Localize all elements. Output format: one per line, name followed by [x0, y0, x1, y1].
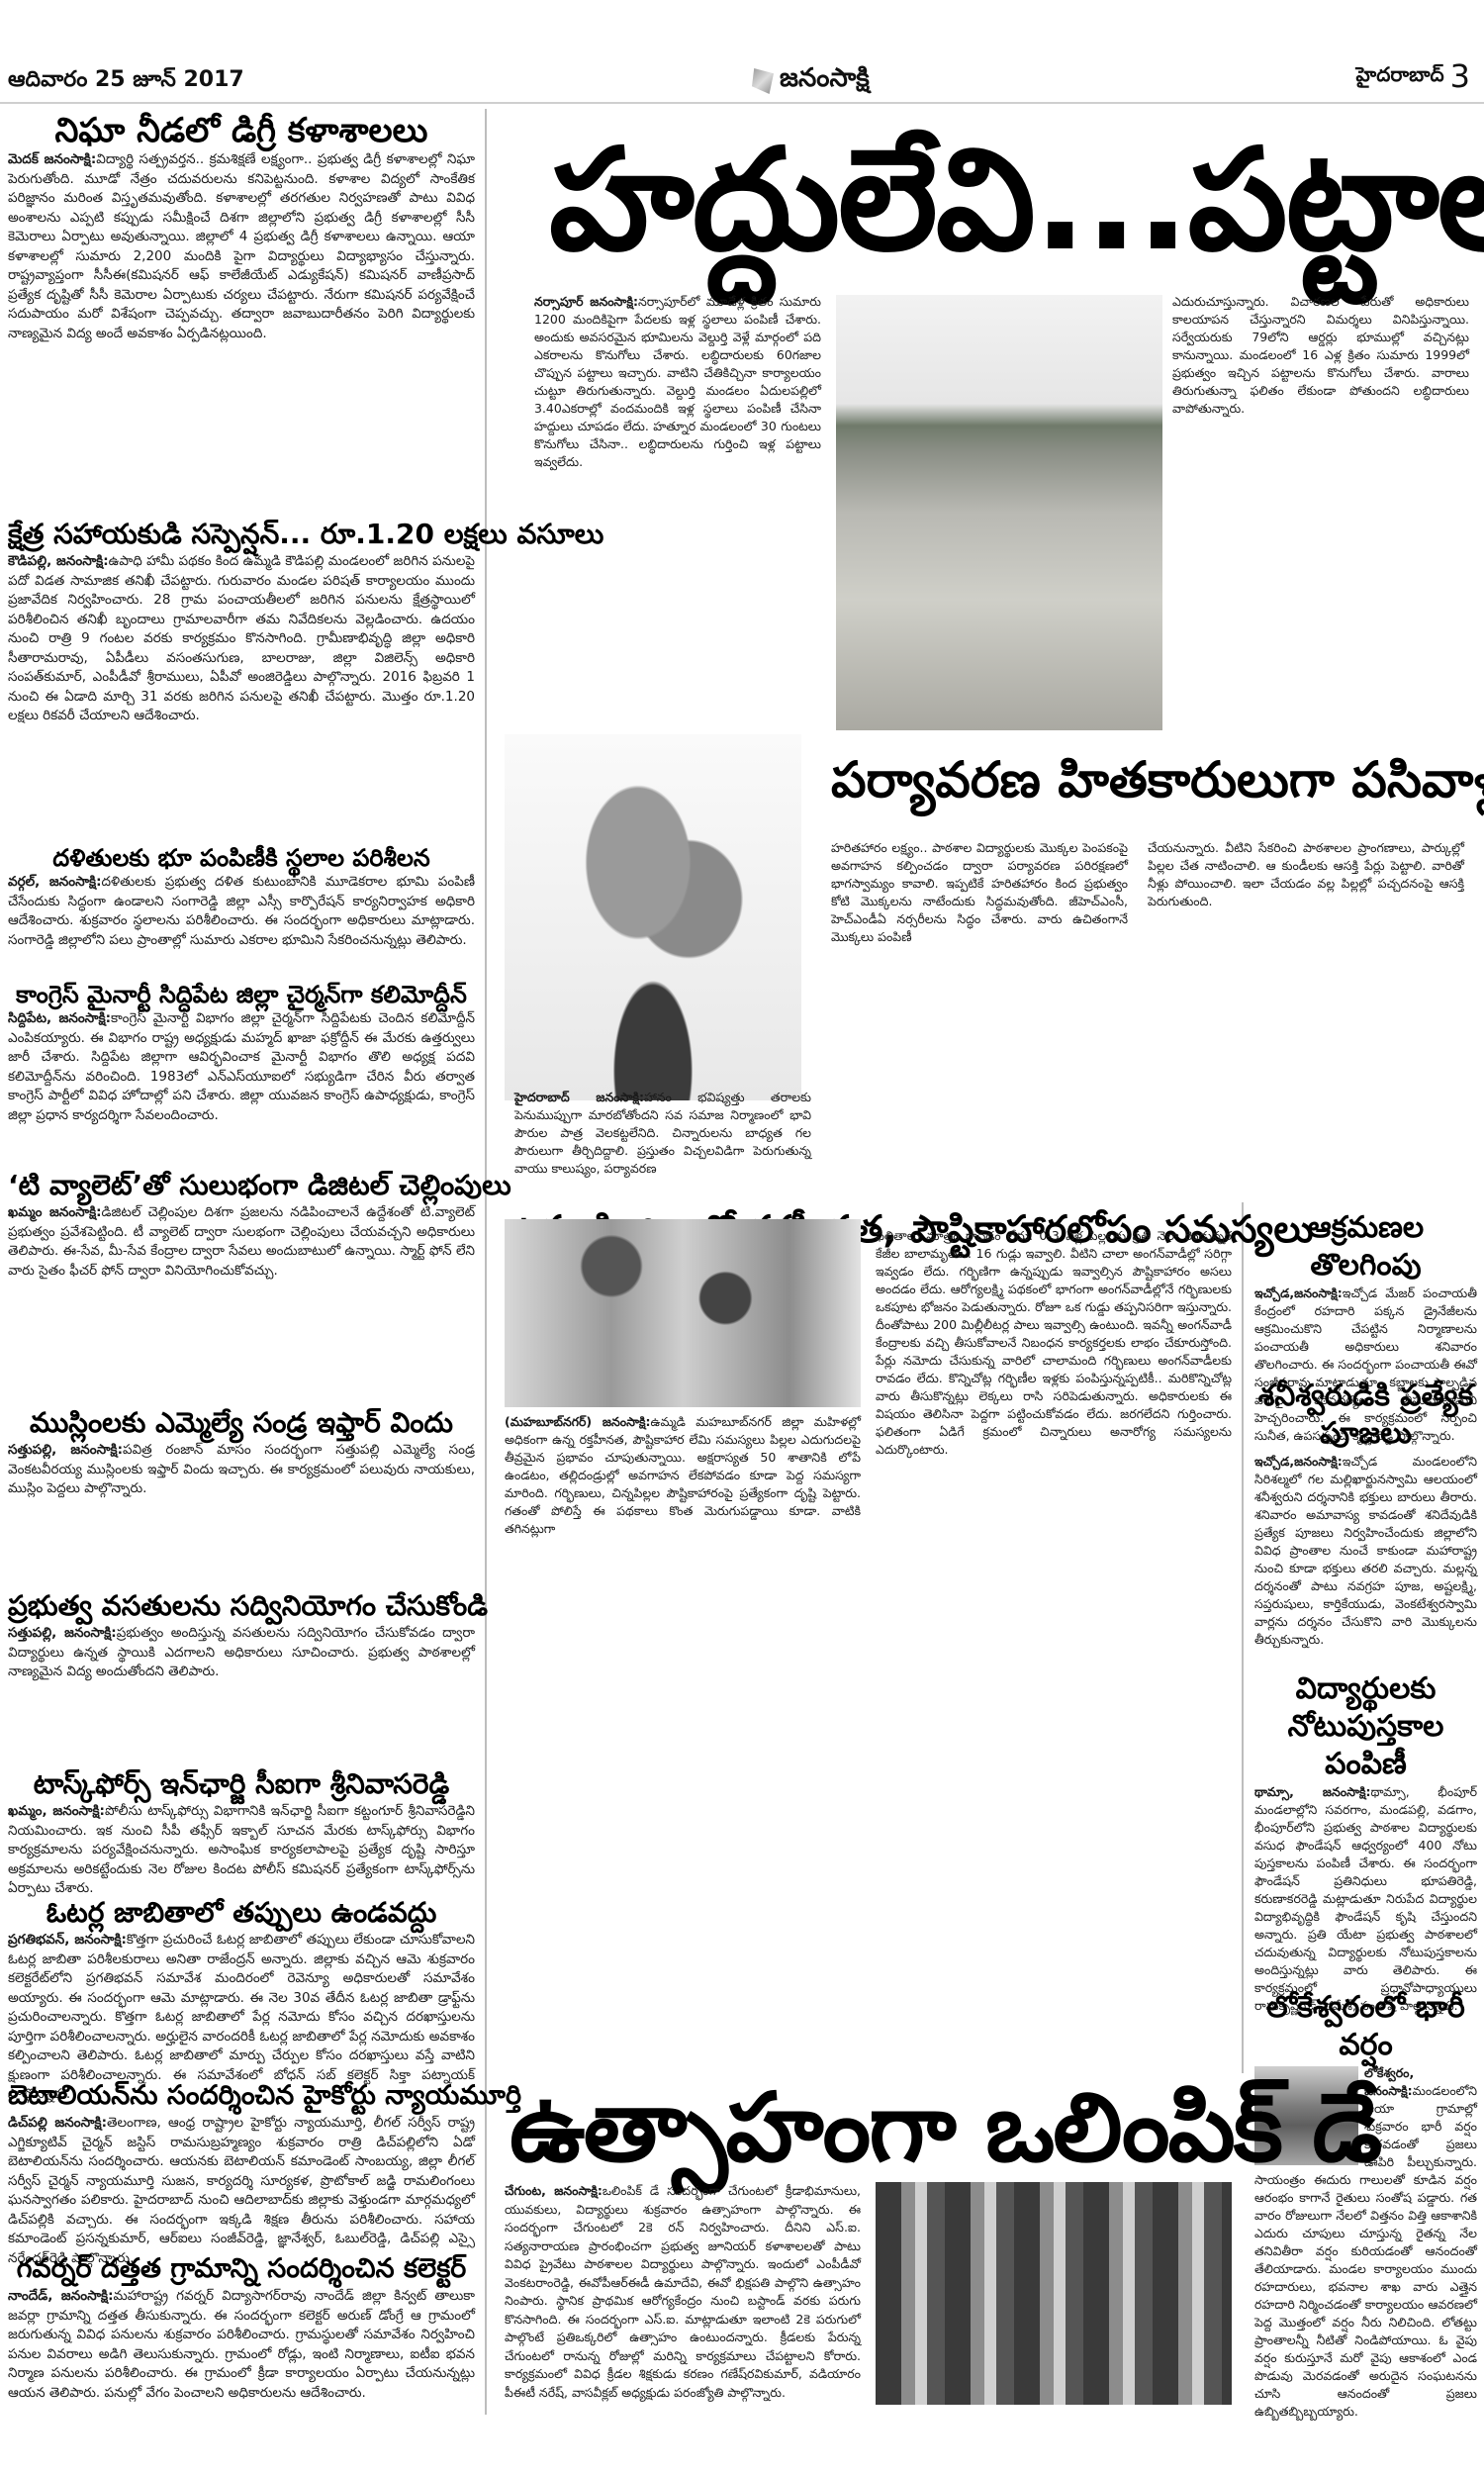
headline: ముస్లింలకు ఎమ్మెల్యే సండ్ర ఇఫ్తార్ విందు — [8, 1405, 475, 1441]
article-body: డిచ్‌పల్లి జనంసాక్షి:తెలంగాణ, ఆంధ్ర రాష్… — [8, 2114, 475, 2268]
article-voter-list: ఓటర్ల జాబితాలో తప్పులు ఉండవద్దు ప్రగతిభవ… — [8, 1895, 475, 2105]
headline: ఓటర్ల జాబితాలో తప్పులు ఉండవద్దు — [8, 1895, 475, 1931]
article-body: కౌడిపల్లి, జనంసాక్షి:ఉపాధి హామీ పథకం కిం… — [8, 552, 475, 726]
article-body: ఖమ్మం, జనంసాక్షి:పోలీసు టాస్క్‌ఫోర్సు వి… — [8, 1802, 475, 1899]
nutrition-col1: (మహబూబ్‌నగర్) జనంసాక్షి:ఉమ్మడి మహబూబ్‌నగ… — [505, 1413, 861, 1538]
children-photo — [505, 1219, 861, 1407]
headline: దళితులకు భూ పంపిణీకి స్థలాల పరిశీలన — [8, 843, 475, 873]
headline: లోకేశ్వరంలో భారీ వర్షం — [1254, 1989, 1477, 2064]
headline: బెటాలియన్‌ను సందర్శించిన హైకోర్టు న్యాయమ… — [8, 2078, 475, 2114]
edition-label: హైదరాబాద్ 3 — [1356, 61, 1470, 91]
headline: శనీశ్వరుడికి ప్రత్యేక పూజలు — [1254, 1378, 1477, 1453]
article-t-wallet: ‘టి వ్యాలెట్’తో సులుభంగా డిజిటల్ చెల్లిం… — [8, 1168, 475, 1281]
article-body: మెదక్ జనంసాక్షి:విద్యార్థి సత్ప్రవర్తన..… — [8, 150, 475, 343]
article-body: ఇచ్చోడ,జనంసాక్షి:ఇచ్చోడ మండలంలోని సిరిశల… — [1254, 1453, 1477, 1649]
header-divider — [0, 102, 1484, 104]
article-governor-village: గవర్నర్ దత్తత గ్రామాన్ని సందర్శించిన కలె… — [8, 2251, 475, 2403]
headline: నిఘా నీడలో డిగ్రీ కళాశాలలు — [8, 111, 475, 150]
article-body: సిద్దిపేట, జనంసాక్షి:కాంగ్రెస్ మైనార్టీ … — [8, 1009, 475, 1125]
article-congress-minority: కాంగ్రెస్ మైనార్టీ సిద్దిపేట జిల్లా చైర్… — [8, 980, 475, 1125]
article-body: సత్తుపల్లి, జనంసాక్షి:ప్రభుత్వం అందిస్తు… — [8, 1624, 475, 1682]
article-battalion: బెటాలియన్‌ను సందర్శించిన హైకోర్టు న్యాయమ… — [8, 2078, 475, 2268]
masthead-logo: జనంసాక్షి — [752, 63, 870, 99]
article-body: వర్గల్, జనంసాక్షి:దళితులకు ప్రభుత్వ దళిత… — [8, 873, 475, 950]
environment-col2: హరితహారం లక్ష్యం.. పాఠశాల విద్యార్థులకు … — [831, 839, 1128, 946]
headline: ‘టి వ్యాలెట్’తో సులుభంగా డిజిటల్ చెల్లిం… — [8, 1168, 475, 1203]
edition-city: హైదరాబాద్ — [1356, 62, 1444, 91]
article-degree-colleges: నిఘా నీడలో డిగ్రీ కళాశాలలు మెదక్ జనంసాక్… — [8, 111, 475, 343]
article-taskforce: టాస్క్‌ఫోర్స్ ఇన్‌ఛార్జి సీఐగా శ్రీనివాస… — [8, 1766, 475, 1899]
headline: ప్రభుత్వ వసతులను సద్వినియోగం చేసుకోండి — [8, 1588, 475, 1624]
olympic-body: చేగుంట, జనంసాక్షి:ఒలింపిక్ డే సందర్భంగా … — [505, 2182, 861, 2402]
lead-headline: హద్దులేవి...పట్టాలు — [549, 117, 1484, 285]
article-body: నాందేడ్, జనంసాక్షి:మహారాష్ట్ర గవర్నర్ వి… — [8, 2287, 475, 2403]
article-dalit-land: దళితులకు భూ పంపిణీకి స్థలాల పరిశీలన వర్గ… — [8, 843, 475, 950]
environment-col3: చేయనున్నారు. వీటిని సేకరించి పాఠశాలల ప్ర… — [1148, 839, 1464, 910]
nutrition-col2: ఫలితాలు మాత్రం రావడం లేదు. 0-3 ఏళ్ల పిల్… — [876, 1227, 1232, 1459]
page-number: 3 — [1450, 61, 1470, 91]
article-field-assistant: క్షేత్ర సహాయకుడి సస్పెన్షన్... రూ.1.20 ల… — [8, 517, 475, 726]
article-shani-pooja: శనీశ్వరుడికి ప్రత్యేక పూజలు ఇచ్చోడ,జనంసా… — [1254, 1378, 1477, 1649]
headline: టాస్క్‌ఫోర్స్ ఇన్‌ఛార్జి సీఐగా శ్రీనివాస… — [8, 1766, 475, 1802]
lead-story-col1: నర్సాపూర్ జనంసాక్షి:నర్సాపూర్‌లో మూడేళ్ల… — [534, 293, 821, 471]
article-body: ఖమ్మం జనంసాక్షి:డిజిటల్ చెల్లింపుల దిశగా… — [8, 1203, 475, 1281]
olympic-day-group-photo — [876, 2182, 1232, 2405]
article-heavy-rain: లోకేశ్వరంలో భారీ వర్షం లోకేశ్వరం, జనంసాక… — [1254, 1989, 1477, 2421]
article-body: సత్తుపల్లి, జనంసాక్షి:పవిత్ర రంజాన్ మాసం… — [8, 1441, 475, 1499]
telangana-map-icon — [752, 68, 774, 94]
olympic-headline: ఉత్సాహంగా ఒలింపిక్ డే — [510, 2068, 1380, 2187]
environment-col1: హైదరాబాద్ జనంసాక్షి:హానం భవిష్యత్తు తరాల… — [514, 1089, 811, 1178]
lead-story-col3: ఎదురుచూస్తున్నారు. విచారణల పేరుతో అధికార… — [1172, 293, 1469, 418]
environment-headline: పర్యావరణ హితకారులుగా పసివాళ్లు — [831, 750, 1484, 809]
land-photo — [836, 295, 1162, 730]
plant-seedling-image — [505, 734, 801, 1100]
headline: క్షేత్ర సహాయకుడి సస్పెన్షన్... రూ.1.20 ల… — [8, 517, 475, 552]
column-divider-right — [1242, 1202, 1244, 2073]
article-body: థామ్సా, జనంసాక్షి:థామ్సా, భీంపూర్ మండలాల… — [1254, 1783, 1477, 2015]
article-govt-facilities: ప్రభుత్వ వసతులను సద్వినియోగం చేసుకోండి స… — [8, 1588, 475, 1682]
headline: గవర్నర్ దత్తత గ్రామాన్ని సందర్శించిన కలె… — [8, 2251, 475, 2287]
headline: కాంగ్రెస్ మైనార్టీ సిద్దిపేట జిల్లా చైర్… — [8, 980, 475, 1009]
newspaper-name: జనంసాక్షి — [780, 63, 870, 99]
column-divider-left — [485, 109, 487, 2415]
headline: ఆక్రమణల తొలగింపు — [1254, 1209, 1477, 1285]
headline: విద్యార్థులకు నోటుపుస్తకాల పంపిణీ — [1254, 1670, 1477, 1783]
article-notebooks: విద్యార్థులకు నోటుపుస్తకాల పంపిణీ థామ్సా… — [1254, 1670, 1477, 2015]
article-iftar: ముస్లింలకు ఎమ్మెల్యే సండ్ర ఇఫ్తార్ విందు… — [8, 1405, 475, 1499]
issue-date: ఆదివారం 25 జూన్ 2017 — [8, 67, 244, 97]
